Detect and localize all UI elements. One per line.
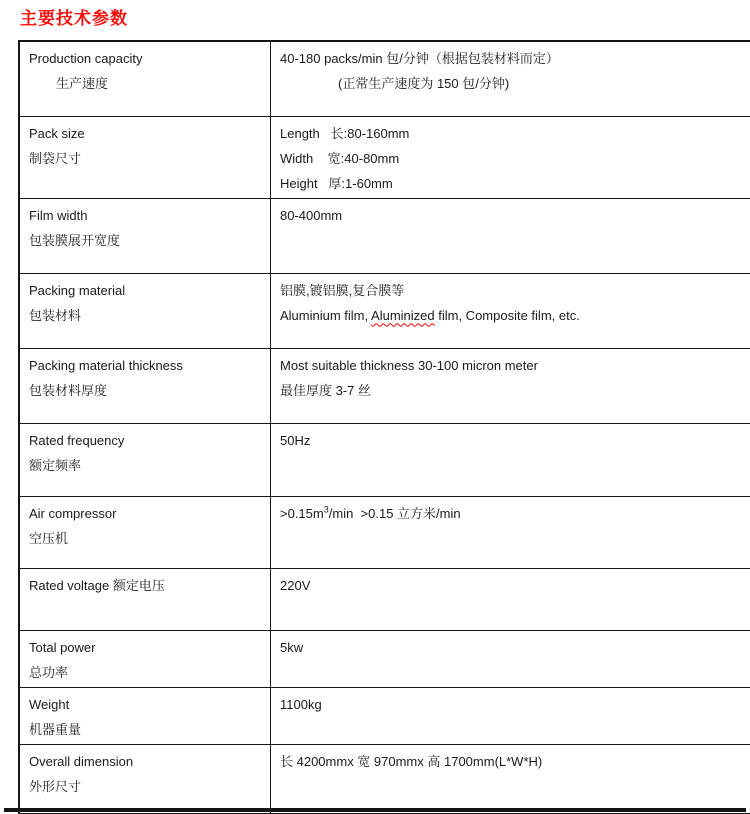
param-value-cell: 40-180 packs/min 包/分钟（根据包装材料而定） (正常生产速度为… xyxy=(271,41,750,116)
table-row-total-power: Total power 总功率 5kw xyxy=(19,630,750,687)
param-label-cell: Overall dimension 外形尺寸 xyxy=(19,744,271,814)
param-value-line: 220V xyxy=(280,573,746,598)
param-name-en: Film width xyxy=(29,203,262,228)
value-text: /min >0.15 立方米/min xyxy=(329,506,461,521)
table-row-rated-voltage: Rated voltage 额定电压 220V xyxy=(19,568,750,630)
param-label-cell: Rated voltage 额定电压 xyxy=(19,568,271,630)
param-value-line: Most suitable thickness 30-100 micron me… xyxy=(280,353,746,378)
param-name-en: Production capacity xyxy=(29,46,262,71)
bottom-divider xyxy=(4,808,746,812)
param-value-line-sup: >0.15m3/min >0.15 立方米/min xyxy=(280,501,746,526)
param-name-cn: 机器重量 xyxy=(29,717,262,742)
table-row-pack-size: Pack size 制袋尺寸 Length 长:80-160mm Width 宽… xyxy=(19,116,750,198)
param-value-line: 1100kg xyxy=(280,692,746,717)
param-value-line: 5kw xyxy=(280,635,746,660)
param-name-en: Weight xyxy=(29,692,262,717)
param-name-en: Rated frequency xyxy=(29,428,262,453)
value-text: >0.15m xyxy=(280,506,324,521)
param-value-cell: 长 4200mmx 宽 970mmx 高 1700mm(L*W*H) xyxy=(271,744,750,814)
value-text: Aluminium film, xyxy=(280,308,371,323)
param-value-cell: 1100kg xyxy=(271,687,750,744)
page-title: 主要技术参数 xyxy=(20,8,750,30)
param-value-cell: 50Hz xyxy=(271,423,750,496)
param-value-cell: 80-400mm xyxy=(271,198,750,273)
param-name-en: Packing material thickness xyxy=(29,353,262,378)
param-value-cell: >0.15m3/min >0.15 立方米/min xyxy=(271,496,750,568)
param-value-cell: Length 长:80-160mm Width 宽:40-80mm Height… xyxy=(271,116,750,198)
param-label-cell: Production capacity 生产速度 xyxy=(19,41,271,116)
param-value-line: Length 长:80-160mm xyxy=(280,121,746,146)
param-value-line: Height 厚:1-60mm xyxy=(280,171,746,196)
param-name-en: Overall dimension xyxy=(29,749,262,774)
spec-table: Production capacity 生产速度 40-180 packs/mi… xyxy=(18,40,750,814)
param-value-cell: 5kw xyxy=(271,630,750,687)
param-value-line: 最佳厚度 3-7 丝 xyxy=(280,378,746,403)
param-label-cell: Rated frequency 额定频率 xyxy=(19,423,271,496)
param-name-en: Pack size xyxy=(29,121,262,146)
table-row-film-width: Film width 包装膜展开宽度 80-400mm xyxy=(19,198,750,273)
param-label-cell: Packing material 包装材料 xyxy=(19,273,271,348)
table-row-air-compressor: Air compressor 空压机 >0.15m3/min >0.15 立方米… xyxy=(19,496,750,568)
param-name-cn: 包装材料厚度 xyxy=(29,378,262,403)
param-name-cn: 总功率 xyxy=(29,660,262,685)
param-name-en: Total power xyxy=(29,635,262,660)
table-row-weight: Weight 机器重量 1100kg xyxy=(19,687,750,744)
value-text: film, Composite film, etc. xyxy=(435,308,580,323)
param-label-cell: Total power 总功率 xyxy=(19,630,271,687)
param-name-cn: 空压机 xyxy=(29,526,262,551)
param-name-cn: 包装膜展开宽度 xyxy=(29,228,262,253)
param-name-cn: 生产速度 xyxy=(29,71,262,96)
param-label-cell: Packing material thickness 包装材料厚度 xyxy=(19,348,271,423)
table-row-production-capacity: Production capacity 生产速度 40-180 packs/mi… xyxy=(19,41,750,116)
param-value-cell: Most suitable thickness 30-100 micron me… xyxy=(271,348,750,423)
param-value-cell: 铝膜,镀铝膜,复合膜等 Aluminium film, Aluminized f… xyxy=(271,273,750,348)
param-value-line: 铝膜,镀铝膜,复合膜等 xyxy=(280,278,746,303)
param-value-line: 40-180 packs/min 包/分钟（根据包装材料而定） xyxy=(280,46,746,71)
table-row-packing-material: Packing material 包装材料 铝膜,镀铝膜,复合膜等 Alumin… xyxy=(19,273,750,348)
table-row-packing-material-thickness: Packing material thickness 包装材料厚度 Most s… xyxy=(19,348,750,423)
param-label-cell: Weight 机器重量 xyxy=(19,687,271,744)
param-value-line: (正常生产速度为 150 包/分钟) xyxy=(280,71,746,96)
param-name: Rated voltage 额定电压 xyxy=(29,573,262,598)
param-name-cn: 额定频率 xyxy=(29,453,262,478)
table-row-overall-dimension: Overall dimension 外形尺寸 长 4200mmx 宽 970mm… xyxy=(19,744,750,814)
param-name-cn: 包装材料 xyxy=(29,303,262,328)
param-label-cell: Film width 包装膜展开宽度 xyxy=(19,198,271,273)
param-value-cell: 220V xyxy=(271,568,750,630)
spellcheck-wavy-underline-text: Aluminized xyxy=(371,308,435,323)
param-name-en: Packing material xyxy=(29,278,262,303)
param-value-line-rich: Aluminium film, Aluminized film, Composi… xyxy=(280,303,746,328)
param-value-line: 长 4200mmx 宽 970mmx 高 1700mm(L*W*H) xyxy=(280,749,746,774)
param-name-cn: 制袋尺寸 xyxy=(29,146,262,171)
param-label-cell: Air compressor 空压机 xyxy=(19,496,271,568)
param-name-en: Air compressor xyxy=(29,501,262,526)
param-value-line: 80-400mm xyxy=(280,203,746,228)
param-value-line: 50Hz xyxy=(280,428,746,453)
param-value-line: Width 宽:40-80mm xyxy=(280,146,746,171)
param-label-cell: Pack size 制袋尺寸 xyxy=(19,116,271,198)
param-name-cn: 外形尺寸 xyxy=(29,774,262,799)
table-row-rated-frequency: Rated frequency 额定频率 50Hz xyxy=(19,423,750,496)
